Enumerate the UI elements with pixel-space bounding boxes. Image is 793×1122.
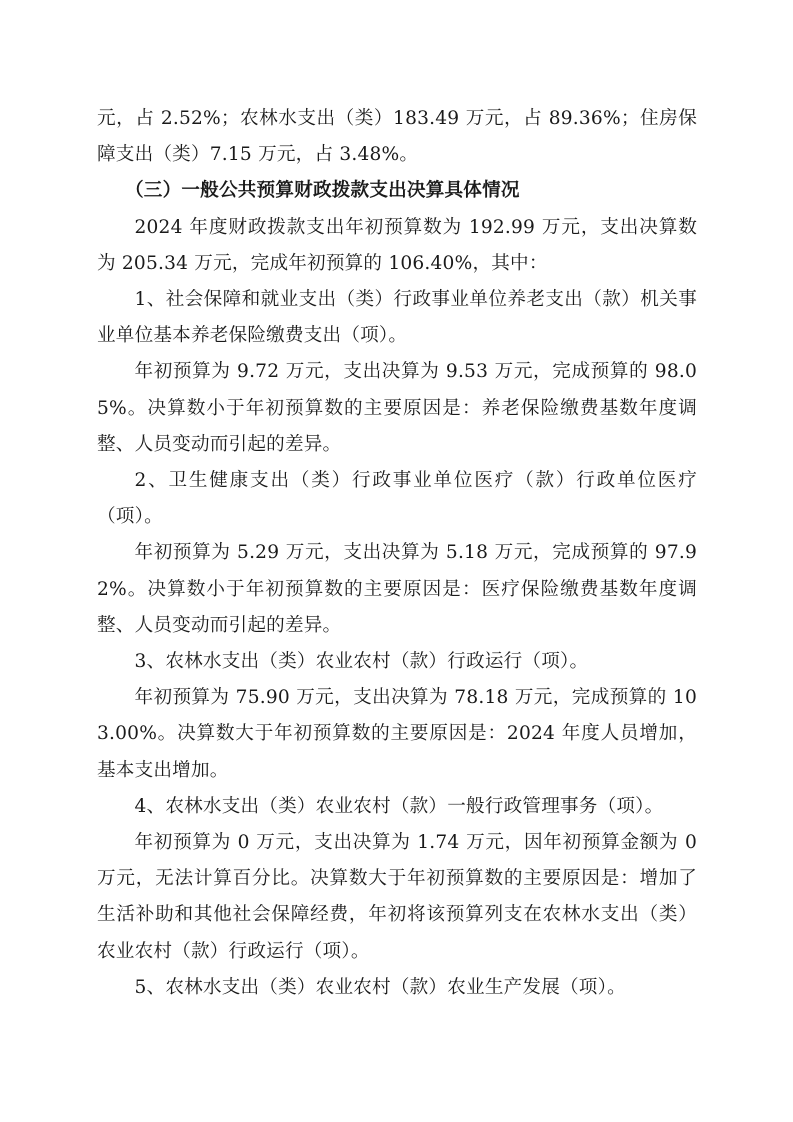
item-3-detail: 年初预算为 75.90 万元，支出决算为 78.18 万元，完成预算的 103.… [97,680,697,789]
item-4-detail: 年初预算为 0 万元，支出决算为 1.74 万元，因年初预算金额为 0 万元，无… [97,825,697,970]
item-3-title: 3、农林水支出（类）农业农村（款）行政运行（项）。 [97,644,697,680]
document-page: 元，占 2.52%；农林水支出（类）183.49 万元，占 89.36%；住房保… [97,101,697,1006]
item-1-detail: 年初预算为 9.72 万元，支出决算为 9.53 万元，完成预算的 98.05%… [97,354,697,463]
paragraph-continuation: 元，占 2.52%；农林水支出（类）183.49 万元，占 89.36%；住房保… [97,101,697,173]
paragraph-summary: 2024 年度财政拨款支出年初预算数为 192.99 万元，支出决算数为 205… [97,210,697,282]
item-2-title: 2、卫生健康支出（类）行政事业单位医疗（款）行政单位医疗（项）。 [97,463,697,535]
section-heading: （三）一般公共预算财政拨款支出决算具体情况 [97,173,697,209]
item-4-title: 4、农林水支出（类）农业农村（款）一般行政管理事务（项）。 [97,789,697,825]
item-5-title: 5、农林水支出（类）农业农村（款）农业生产发展（项）。 [97,970,697,1006]
item-1-title: 1、社会保障和就业支出（类）行政事业单位养老支出（款）机关事业单位基本养老保险缴… [97,282,697,354]
item-2-detail: 年初预算为 5.29 万元，支出决算为 5.18 万元，完成预算的 97.92%… [97,535,697,644]
